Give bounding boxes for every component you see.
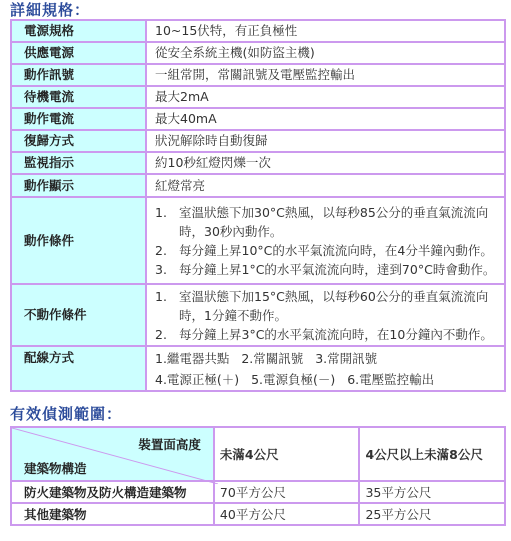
wiring-line: 4.電源正極(＋) 5.電源負極(－) 6.電壓監控輸出 bbox=[155, 369, 504, 390]
corner-header-cell: 裝置面高度 建築物構造 bbox=[11, 427, 214, 481]
table-row: 動作電流 最大40mA bbox=[11, 108, 505, 130]
table-row: 電源規格 10~15伏特，有正負極性 bbox=[11, 20, 505, 42]
list-item: 3. 每分鐘上昇1°C的水平氣流流向時，達到70°C時會動作。 bbox=[155, 260, 504, 279]
row-label: 動作條件 bbox=[11, 197, 146, 284]
table-cell: 40平方公尺 bbox=[214, 503, 360, 525]
item-number: 1. bbox=[155, 203, 179, 241]
spec-table: 電源規格 10~15伏特，有正負極性 供應電源 從安全系統主機(如防盜主機) 動… bbox=[10, 19, 506, 392]
row-value: 1.繼電器共點 2.常關訊號 3.常開訊號 4.電源正極(＋) 5.電源負極(－… bbox=[146, 346, 505, 391]
table-row: 供應電源 從安全系統主機(如防盜主機) bbox=[11, 42, 505, 64]
detection-range-table: 裝置面高度 建築物構造 未滿4公尺 4公尺以上未滿8公尺 防火建築物及防火構造建… bbox=[10, 426, 506, 526]
row-label: 動作顯示 bbox=[11, 174, 146, 197]
row-value: 從安全系統主機(如防盜主機) bbox=[146, 42, 505, 64]
row-value: 狀況解除時自動復歸 bbox=[146, 130, 505, 152]
row-header: 其他建築物 bbox=[11, 503, 214, 525]
row-value: 約10秒紅燈閃爍一次 bbox=[146, 152, 505, 174]
row-label: 供應電源 bbox=[11, 42, 146, 64]
table-row: 復歸方式 狀況解除時自動復歸 bbox=[11, 130, 505, 152]
item-text: 每分鐘上昇3°C的水平氣流流向時，在10分鐘內不動作。 bbox=[179, 325, 504, 344]
corner-row-caption: 建築物構造 bbox=[24, 459, 87, 477]
item-number: 1. bbox=[155, 287, 179, 325]
row-label: 動作電流 bbox=[11, 108, 146, 130]
row-value: 1. 室溫狀態下加15°C熱風，以每秒60公分的垂直氣流流向時，1分鐘不動作。 … bbox=[146, 284, 505, 346]
row-label: 電源規格 bbox=[11, 20, 146, 42]
table-row: 待機電流 最大2mA bbox=[11, 86, 505, 108]
table-cell: 25平方公尺 bbox=[359, 503, 505, 525]
row-label: 不動作條件 bbox=[11, 284, 146, 346]
spec-section-title: 詳細規格： bbox=[10, 0, 90, 20]
item-number: 3. bbox=[155, 260, 179, 279]
row-label: 動作訊號 bbox=[11, 64, 146, 86]
wiring-row: 配線方式 1.繼電器共點 2.常關訊號 3.常開訊號 4.電源正極(＋) 5.電… bbox=[11, 346, 505, 391]
row-value: 1. 室溫狀態下加30°C熱風，以每秒85公分的垂直氣流流向時，30秒內動作。 … bbox=[146, 197, 505, 284]
table-row: 動作訊號 一組常開，常關訊號及電壓監控輸出 bbox=[11, 64, 505, 86]
row-value: 10~15伏特，有正負極性 bbox=[146, 20, 505, 42]
list-item: 1. 室溫狀態下加15°C熱風，以每秒60公分的垂直氣流流向時，1分鐘不動作。 bbox=[155, 287, 504, 325]
item-text: 室溫狀態下加30°C熱風，以每秒85公分的垂直氣流流向時，30秒內動作。 bbox=[179, 203, 504, 241]
table-row: 防火建築物及防火構造建築物 70平方公尺 35平方公尺 bbox=[11, 481, 505, 503]
row-label: 配線方式 bbox=[11, 346, 146, 391]
item-text: 室溫狀態下加15°C熱風，以每秒60公分的垂直氣流流向時，1分鐘不動作。 bbox=[179, 287, 504, 325]
row-label: 待機電流 bbox=[11, 86, 146, 108]
row-value: 一組常開，常關訊號及電壓監控輸出 bbox=[146, 64, 505, 86]
table-row: 其他建築物 40平方公尺 25平方公尺 bbox=[11, 503, 505, 525]
item-number: 2. bbox=[155, 241, 179, 260]
row-value: 紅燈常亮 bbox=[146, 174, 505, 197]
non-action-conditions-list: 1. 室溫狀態下加15°C熱風，以每秒60公分的垂直氣流流向時，1分鐘不動作。 … bbox=[155, 287, 504, 344]
table-header-row: 裝置面高度 建築物構造 未滿4公尺 4公尺以上未滿8公尺 bbox=[11, 427, 505, 481]
row-label: 監視指示 bbox=[11, 152, 146, 174]
item-text: 每分鐘上昇10°C的水平氣流流向時，在4分半鐘內動作。 bbox=[179, 241, 504, 260]
table-row: 監視指示 約10秒紅燈閃爍一次 bbox=[11, 152, 505, 174]
non-action-conditions-row: 不動作條件 1. 室溫狀態下加15°C熱風，以每秒60公分的垂直氣流流向時，1分… bbox=[11, 284, 505, 346]
item-number: 2. bbox=[155, 325, 179, 344]
table-cell: 35平方公尺 bbox=[359, 481, 505, 503]
row-header: 防火建築物及防火構造建築物 bbox=[11, 481, 214, 503]
item-text: 每分鐘上昇1°C的水平氣流流向時，達到70°C時會動作。 bbox=[179, 260, 504, 279]
list-item: 2. 每分鐘上昇10°C的水平氣流流向時，在4分半鐘內動作。 bbox=[155, 241, 504, 260]
column-header: 4公尺以上未滿8公尺 bbox=[359, 427, 505, 481]
list-item: 2. 每分鐘上昇3°C的水平氣流流向時，在10分鐘內不動作。 bbox=[155, 325, 504, 344]
table-row: 動作顯示 紅燈常亮 bbox=[11, 174, 505, 197]
range-section-title: 有效偵測範圍： bbox=[10, 403, 122, 424]
list-item: 1. 室溫狀態下加30°C熱風，以每秒85公分的垂直氣流流向時，30秒內動作。 bbox=[155, 203, 504, 241]
wiring-line: 1.繼電器共點 2.常關訊號 3.常開訊號 bbox=[155, 348, 504, 369]
table-cell: 70平方公尺 bbox=[214, 481, 360, 503]
action-conditions-row: 動作條件 1. 室溫狀態下加30°C熱風，以每秒85公分的垂直氣流流向時，30秒… bbox=[11, 197, 505, 284]
row-value: 最大40mA bbox=[146, 108, 505, 130]
row-label: 復歸方式 bbox=[11, 130, 146, 152]
action-conditions-list: 1. 室溫狀態下加30°C熱風，以每秒85公分的垂直氣流流向時，30秒內動作。 … bbox=[155, 203, 504, 279]
column-header: 未滿4公尺 bbox=[214, 427, 360, 481]
row-value: 最大2mA bbox=[146, 86, 505, 108]
corner-column-caption: 裝置面高度 bbox=[138, 435, 201, 453]
